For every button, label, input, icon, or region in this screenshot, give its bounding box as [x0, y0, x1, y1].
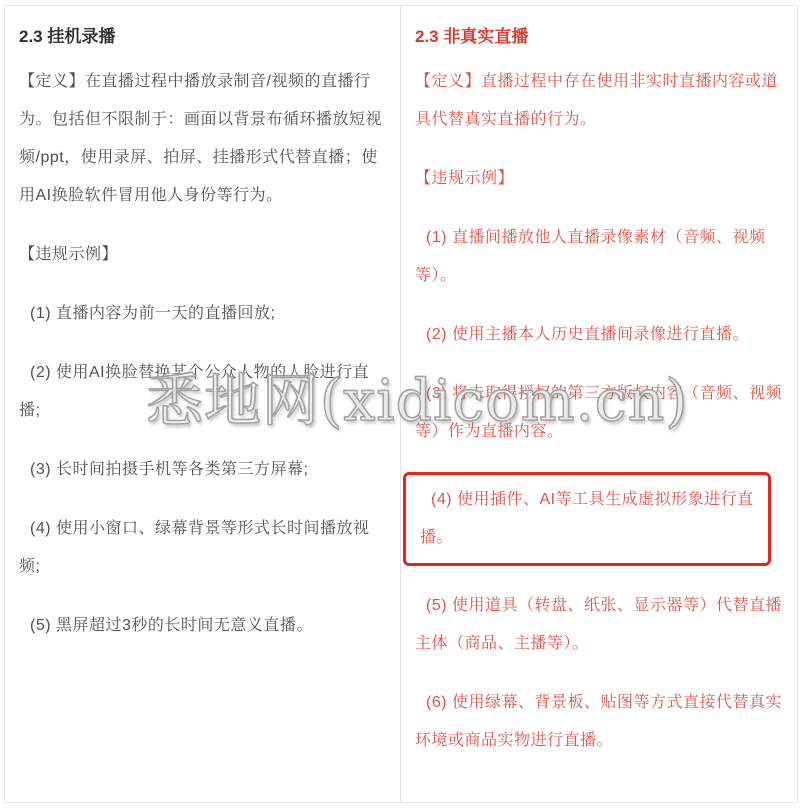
definition-paragraph: 【定义】直播过程中存在使用非实时直播内容或道具代替真实直播的行为。 [415, 63, 783, 139]
violation-example-item: (1) 直播间播放他人直播录像素材（音频、视频等）。 [415, 219, 783, 295]
section-heading-recorded-streaming: 2.3 挂机录播 [19, 21, 386, 53]
table-cell-fake-streaming: 2.3 非真实直播 【定义】直播过程中存在使用非实时直播内容或道具代替真实直播的… [401, 6, 797, 802]
table-cell-recorded-streaming: 2.3 挂机录播 【定义】在直播过程中播放录制音/视频的直播行为。包括但不限制于… [5, 6, 401, 802]
examples-label: 【违规示例】 [415, 160, 783, 198]
violation-example-item: (2) 使用AI换脸替换某个公众人物的人脸进行直播; [19, 354, 386, 430]
definition-paragraph: 【定义】在直播过程中播放录制音/视频的直播行为。包括但不限制于：画面以背景布循环… [19, 63, 386, 215]
violation-example-item: (5) 使用道具（转盘、纸张、显示器等）代替直播主体（商品、主播等）。 [415, 587, 783, 663]
policy-document-page: 2.3 挂机录播 【定义】在直播过程中播放录制音/视频的直播行为。包括但不限制于… [0, 0, 807, 812]
violation-example-item: (6) 使用绿幕、背景板、贴图等方式直接代替真实环境或商品实物进行直播。 [415, 684, 783, 760]
violation-example-item: (4) 使用小窗口、绿幕背景等形式长时间播放视频; [19, 510, 386, 586]
violation-rules-table: 2.3 挂机录播 【定义】在直播过程中播放录制音/视频的直播行为。包括但不限制于… [4, 5, 798, 803]
violation-example-item: (5) 黑屏超过3秒的长时间无意义直播。 [19, 607, 386, 645]
violation-example-item: (3) 长时间拍摄手机等各类第三方屏幕; [19, 451, 386, 489]
violation-example-item: (2) 使用主播本人历史直播间录像进行直播。 [415, 316, 783, 354]
highlighted-violation-box: (4) 使用插件、AI等工具生成虚拟形象进行直播。 [403, 472, 771, 566]
examples-label: 【违规示例】 [19, 236, 386, 274]
section-heading-fake-streaming: 2.3 非真实直播 [415, 21, 783, 53]
violation-example-item: (1) 直播内容为前一天的直播回放; [19, 295, 386, 333]
violation-example-item: (3) 将未取得授权的第三方版权内容（音频、视频等）作为直播内容。 [415, 375, 783, 451]
violation-example-item-highlighted: (4) 使用插件、AI等工具生成虚拟形象进行直播。 [420, 481, 754, 557]
